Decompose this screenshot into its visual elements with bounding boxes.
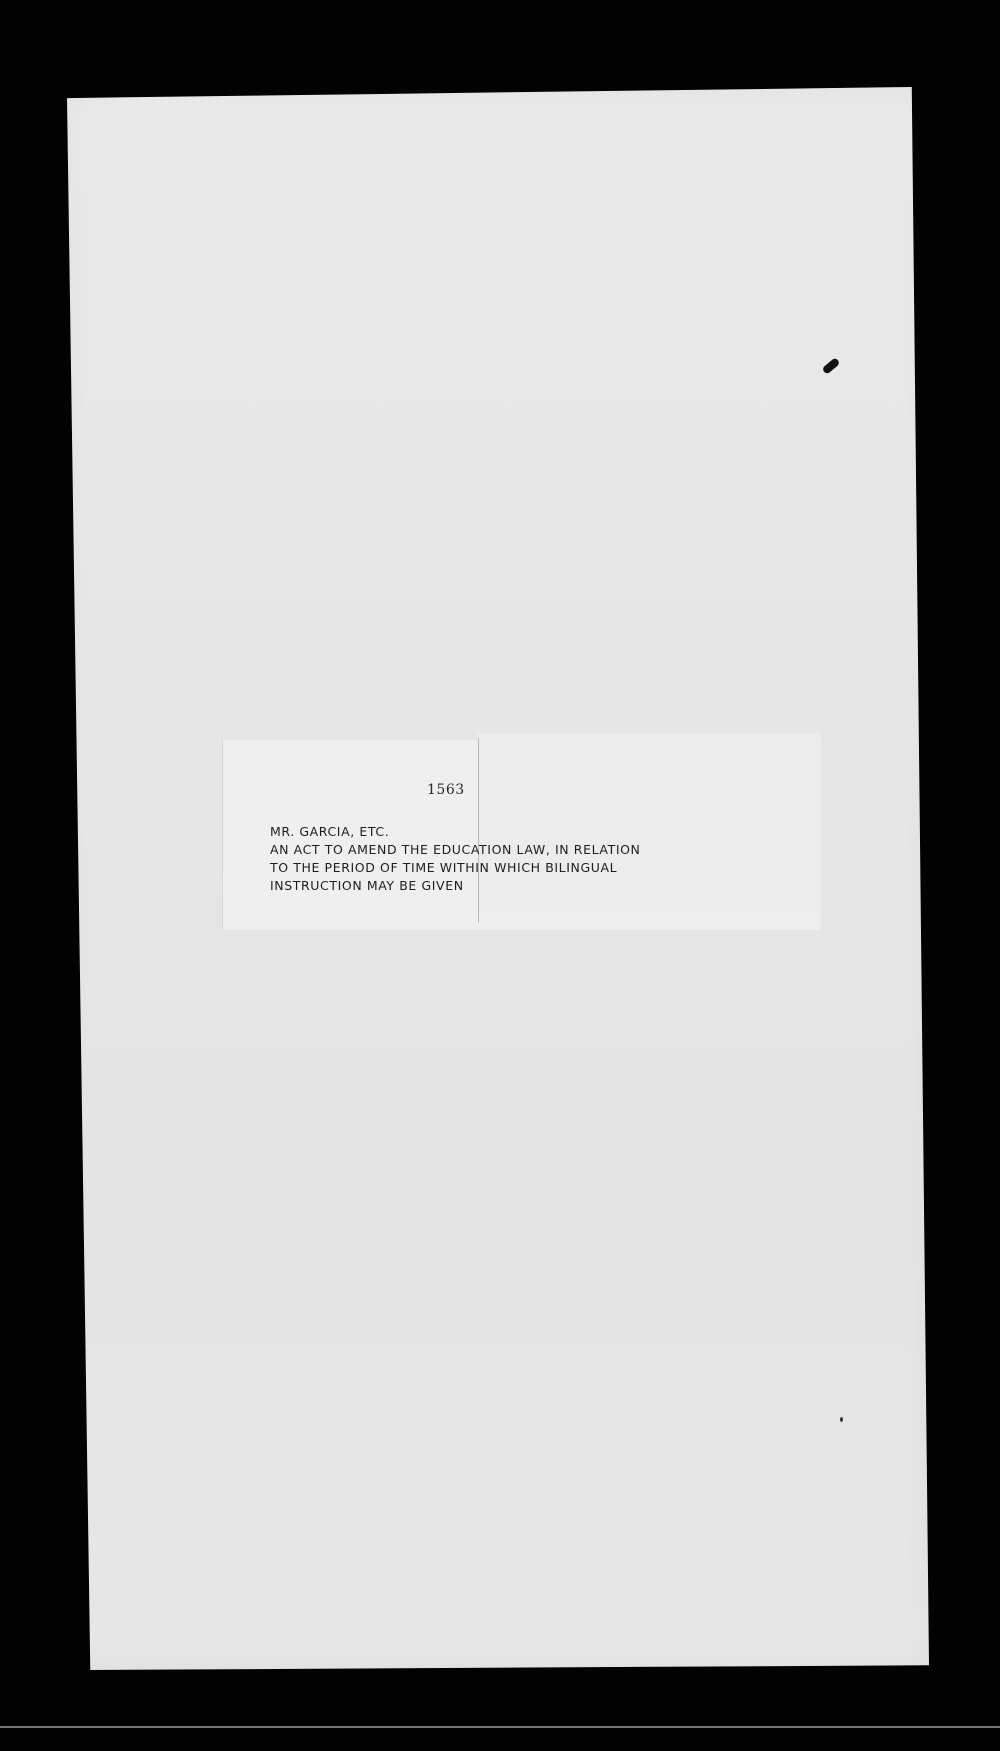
bill-title-line: INSTRUCTION MAY BE GIVEN: [270, 877, 641, 895]
bill-number: 1563: [427, 782, 465, 798]
bill-sponsor: MR. GARCIA, ETC.: [270, 823, 641, 841]
dust-speck: [840, 1417, 843, 1422]
bill-title-line: TO THE PERIOD OF TIME WITHIN WHICH BILIN…: [270, 859, 641, 877]
bill-title-line: AN ACT TO AMEND THE EDUCATION LAW, IN RE…: [270, 841, 641, 859]
scan-edge-line: [0, 1726, 1000, 1728]
bill-description: MR. GARCIA, ETC. AN ACT TO AMEND THE EDU…: [270, 823, 641, 895]
